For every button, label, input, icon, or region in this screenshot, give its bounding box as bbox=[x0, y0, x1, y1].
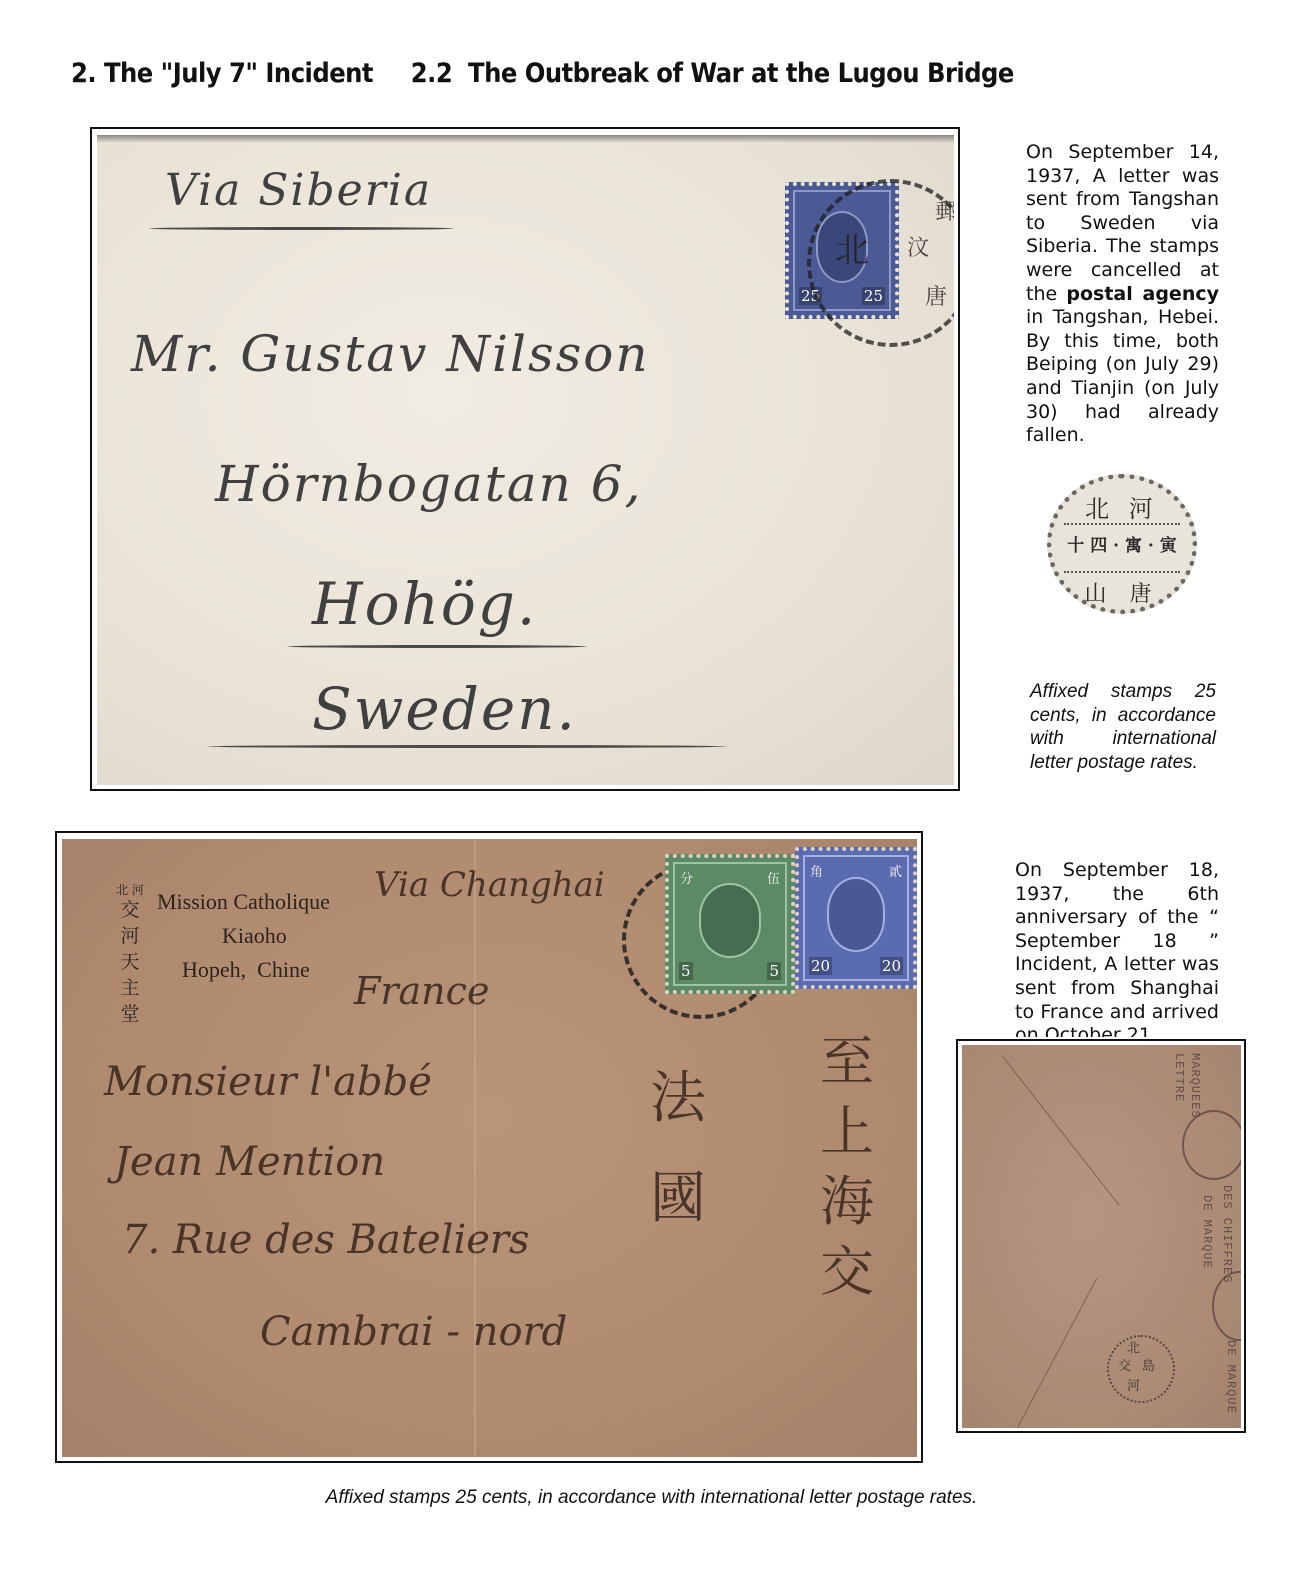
letterhead-line-3: Hopeh, Chine bbox=[182, 957, 310, 983]
machine-cancel-text: DE MARQUE bbox=[1224, 1340, 1238, 1414]
seal-char: 島 bbox=[1142, 1355, 1155, 1374]
chinese-char: 交 bbox=[820, 1237, 880, 1307]
envelope-back-frame: LETTRE MARQUEES DE MARQUE DES CHIFFRES D… bbox=[956, 1039, 1246, 1433]
stamp-value-left: 5 bbox=[679, 962, 693, 980]
route-note: Via Changhai bbox=[374, 865, 605, 905]
address-line-3: 7. Rue des Bateliers bbox=[122, 1217, 530, 1263]
machine-cancel-text: MARQUEES bbox=[1188, 1053, 1202, 1119]
desc-text: in Tangshan, Hebei. By this time, both B… bbox=[1026, 306, 1219, 446]
destination-country: France bbox=[354, 969, 489, 1013]
address-line-2: Jean Mention bbox=[114, 1139, 385, 1185]
stamp-portrait bbox=[699, 883, 761, 957]
machine-cancel-text: DES CHIFFRES bbox=[1220, 1185, 1234, 1283]
section-title: 2. The "July 7" Incident bbox=[71, 58, 373, 89]
letterhead-line-1: Mission Catholique bbox=[157, 889, 330, 915]
stamp-value-left: 20 bbox=[809, 957, 832, 975]
flap-edge bbox=[1017, 1278, 1098, 1428]
machine-cancel-text: DE MARQUE bbox=[1200, 1195, 1214, 1269]
seal-bottom-text: 山 唐 bbox=[1052, 577, 1192, 608]
letterhead-char: 天 bbox=[119, 949, 141, 975]
envelope-france-cover: 北 河 交 河 天 主 堂 Mission Catholique Kiaoho … bbox=[62, 839, 917, 1457]
arrival-postmark bbox=[1182, 1110, 1241, 1180]
chinese-char: 法 bbox=[650, 1049, 710, 1149]
desc-bold-text: postal agency bbox=[1066, 283, 1219, 305]
chinese-char: 至 bbox=[820, 1027, 880, 1097]
flap-edge bbox=[1002, 1055, 1120, 1205]
postmark-char: 汶 bbox=[907, 231, 929, 262]
envelope-sweden-cover: Via Siberia Mr. Gustav Nilsson Hörnbogat… bbox=[97, 135, 954, 785]
letterhead-char: 河 bbox=[119, 923, 141, 949]
city-underline bbox=[287, 645, 587, 648]
address-line-1: Monsieur l'abbé bbox=[104, 1059, 432, 1105]
chinese-note-right: 至 上 海 交 bbox=[820, 1027, 880, 1307]
stamp-20-cents: 角 貳 20 20 bbox=[795, 847, 917, 989]
letterhead-line-2: Kiaoho bbox=[222, 923, 287, 949]
chinese-char: 國 bbox=[650, 1149, 710, 1249]
postmark-char: 郵 bbox=[935, 195, 954, 226]
exhibit2-caption: Affixed stamps 25 cents, in accordance w… bbox=[0, 1487, 1303, 1509]
seal-middle-text: 十 四 · 寓 · 寅 bbox=[1052, 531, 1192, 556]
chinese-char: 上 bbox=[820, 1097, 880, 1167]
stamp-char: 角 bbox=[810, 861, 823, 880]
country-underline bbox=[207, 745, 727, 748]
address-line-4: Cambrai - nord bbox=[260, 1309, 567, 1355]
route-underline bbox=[149, 227, 454, 230]
stamp-5-cents: 分 伍 5 5 bbox=[665, 854, 795, 994]
route-note: Via Siberia bbox=[165, 165, 432, 216]
page-title: 2. The "July 7" Incident2.2 The Outbreak… bbox=[71, 58, 1014, 89]
desc-text: On September 14, 1937, A letter was sent… bbox=[1026, 141, 1219, 305]
address-line-3: Hohög. bbox=[312, 570, 537, 638]
chinese-char: 海 bbox=[820, 1167, 880, 1237]
seal-char: 河 bbox=[1127, 1375, 1140, 1394]
letterhead-char: 交 bbox=[119, 897, 141, 923]
chinese-note-left: 法 國 bbox=[650, 1049, 710, 1249]
letterhead-char: 主 bbox=[119, 975, 141, 1001]
envelope-back-cover: LETTRE MARQUEES DE MARQUE DES CHIFFRES D… bbox=[962, 1045, 1241, 1428]
stamp-value-right: 5 bbox=[767, 962, 781, 980]
subsection-title: 2.2 The Outbreak of War at the Lugou Bri… bbox=[411, 58, 1014, 89]
envelope-sweden-frame: Via Siberia Mr. Gustav Nilsson Hörnbogat… bbox=[90, 127, 960, 791]
stamp-char: 伍 bbox=[767, 868, 780, 887]
exhibit1-description: On September 14, 1937, A letter was sent… bbox=[1026, 141, 1219, 448]
address-line-2: Hörnbogatan 6, bbox=[215, 455, 642, 513]
cancellation-detail-image: 北 河 十 四 · 寓 · 寅 山 唐 bbox=[1047, 474, 1197, 614]
arrival-postmark bbox=[1212, 1271, 1241, 1341]
postmark-char: 唐 bbox=[925, 280, 947, 311]
stamp-portrait bbox=[827, 877, 884, 953]
letterhead-chinese-column: 交 河 天 主 堂 bbox=[119, 897, 141, 1027]
seal-top-text: 北 河 bbox=[1052, 489, 1192, 524]
stamp-char: 貳 bbox=[889, 861, 902, 880]
machine-cancel-text: LETTRE bbox=[1172, 1053, 1186, 1102]
envelope-france-frame: 北 河 交 河 天 主 堂 Mission Catholique Kiaoho … bbox=[55, 831, 923, 1463]
postmark-char: 北 bbox=[835, 223, 869, 272]
exhibit2-description: On September 18, 1937, the 6th anniversa… bbox=[1015, 859, 1219, 1037]
address-line-4: Sweden. bbox=[312, 675, 577, 743]
seal-char: 交 bbox=[1118, 1355, 1131, 1374]
letterhead-char: 堂 bbox=[119, 1001, 141, 1027]
exhibit1-caption: Affixed stamps 25 cents, in accordance w… bbox=[1030, 680, 1216, 774]
stamp-char: 分 bbox=[680, 868, 693, 887]
seal-char: 北 bbox=[1127, 1337, 1140, 1356]
stamp-value-right: 20 bbox=[880, 957, 903, 975]
address-line-1: Mr. Gustav Nilsson bbox=[131, 325, 650, 383]
